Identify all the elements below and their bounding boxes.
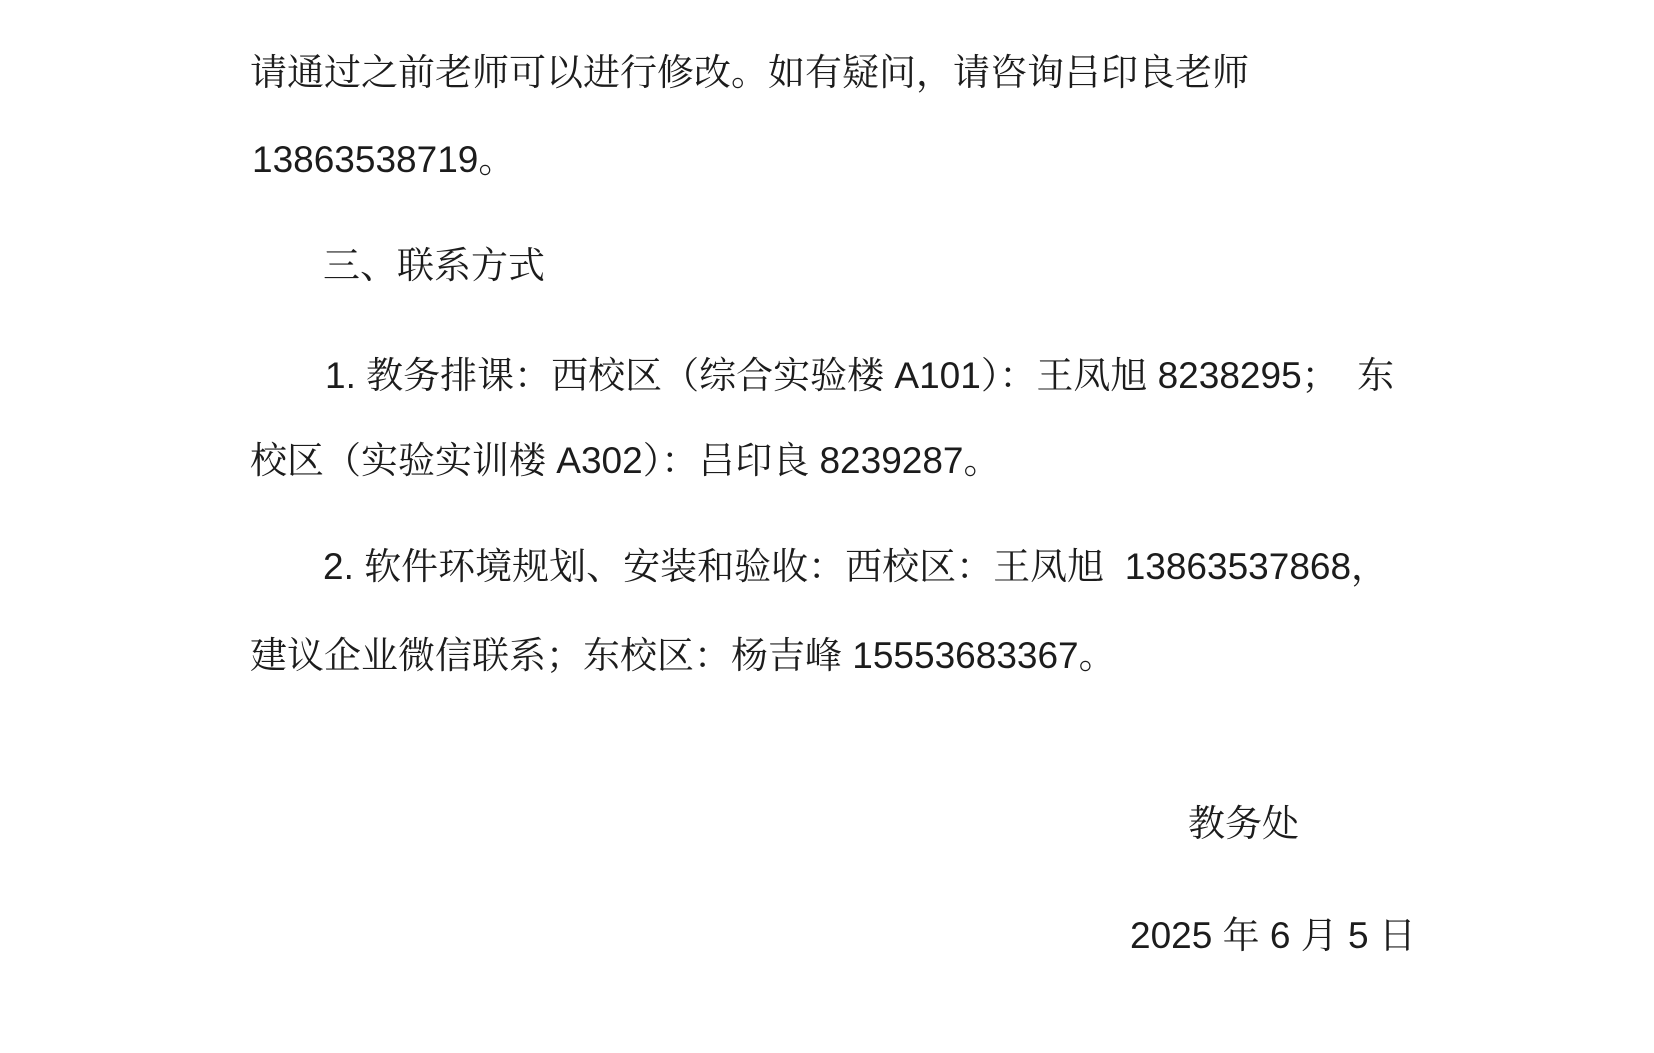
document-page: 请通过之前老师可以进行修改。如有疑问，请咨询吕印良老师 13863538719。… [0,0,1654,1053]
section-heading-contact-info: 三、联系方式 [323,245,545,288]
intro-paragraph-phone-line: 13863538719。 [252,139,515,182]
document-date: 2025 年 6 月 5 日 [1130,915,1416,958]
contact-item-1-line-1: 1. 教务排课：西校区（综合实验楼 A101）：王凤旭 8238295； 东 [325,355,1394,398]
contact-item-2-line-1: 2. 软件环境规划、安装和验收：西校区：王凤旭 13863537868， [323,546,1388,589]
contact-item-1-line-2: 校区（实验实训楼 A302）：吕印良 8239287。 [250,440,1001,483]
contact-item-2-line-2: 建议企业微信联系；东校区：杨吉峰 15553683367。 [250,635,1116,678]
intro-paragraph-line-1: 请通过之前老师可以进行修改。如有疑问，请咨询吕印良老师 [250,52,1249,95]
signature-department: 教务处 [1188,803,1299,846]
